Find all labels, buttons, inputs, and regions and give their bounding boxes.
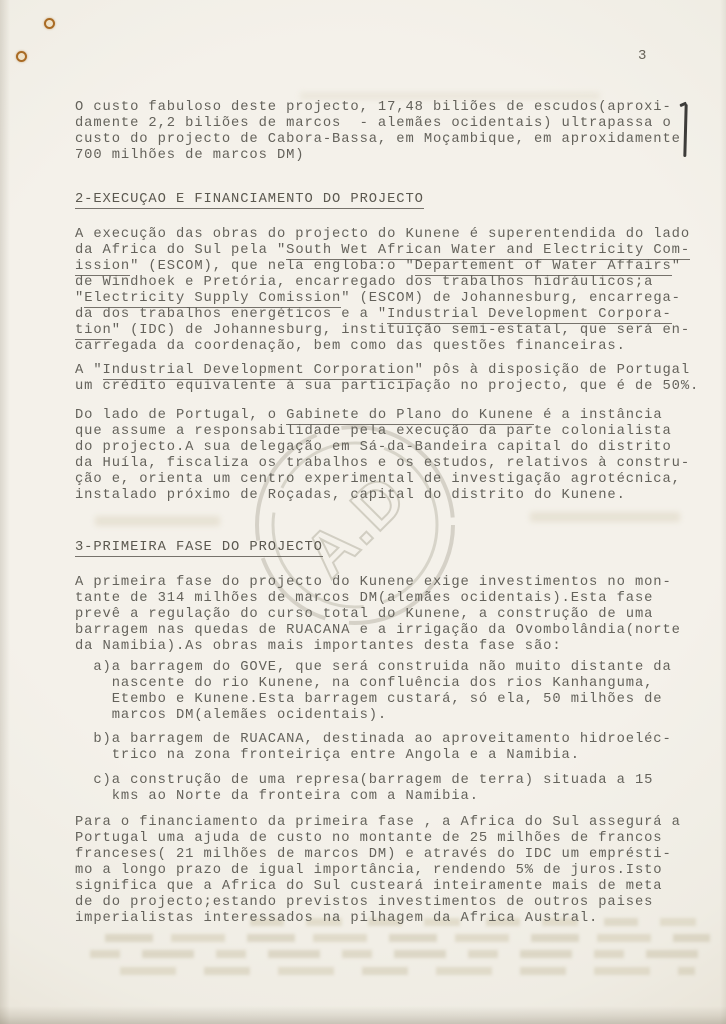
text-segment: que assume a responsabilidade pela execu… <box>75 424 672 439</box>
underlined-text-segment: ission <box>75 259 130 276</box>
paper-smudge <box>300 92 600 100</box>
page-number: 3 <box>638 48 647 64</box>
text-line: do projecto.A sua delegação em Sá-da-Ban… <box>75 440 715 456</box>
text-line: Portugal uma ajuda de custo no montante … <box>75 831 715 847</box>
text-line: A "Industrial Development Corporation" p… <box>75 363 715 379</box>
page-bottom-shadow <box>0 1006 726 1024</box>
text-segment: damente 2,2 biliões de marcos - alemães … <box>75 116 672 131</box>
text-segment: da Huíla, fiscaliza os trabalhos e os es… <box>75 456 690 471</box>
text-segment: da dos trabalhos energéticos e a " <box>75 307 387 322</box>
text-segment: A execução das obras do projecto do Kune… <box>75 227 690 242</box>
heading-line: 2-EXECUÇAO E FINANCIAMENTO DO PROJECTO <box>75 192 715 208</box>
text-line: tante de 314 milhões de marcos DM(alemãe… <box>75 591 715 607</box>
text-line: ission" (ESCOM), que nela engloba:o "Dep… <box>75 259 715 275</box>
text-line: franceses( 21 milhões de marcos DM) e at… <box>75 847 715 863</box>
list-item-b: b)a barragem de RUACANA, destinada ao ap… <box>75 732 715 764</box>
text-line: significa que a Africa do Sul custeará i… <box>75 879 715 895</box>
text-line: c)a construção de uma represa(barragem d… <box>75 773 715 789</box>
underlined-text-segment: 3-PRIMEIRA FASE DO PROJECTO <box>75 540 323 557</box>
text-line: da dos trabalhos energéticos e a "Indust… <box>75 307 715 323</box>
text-segment: de do projecto;estando previstos investi… <box>75 895 653 910</box>
text-line: A execução das obras do projecto do Kune… <box>75 227 715 243</box>
text-segment: b)a barragem de RUACANA, destinada ao ap… <box>75 732 672 747</box>
underlined-text-segment: Gabinete do Plano do Kunene <box>286 408 534 425</box>
text-line: 700 milhões de marcos DM) <box>75 148 715 164</box>
text-segment: nascente do rio Kunene, na confluência d… <box>75 676 653 691</box>
page-right-shadow <box>720 0 726 1024</box>
paragraph-financing: Para o financiamento da primeira fase , … <box>75 815 715 927</box>
underlined-text-segment: South Wet African Water and Electricity … <box>286 243 690 260</box>
text-segment: do projecto.A sua delegação em Sá-da-Ban… <box>75 440 672 455</box>
heading-line: 3-PRIMEIRA FASE DO PROJECTO <box>75 540 715 556</box>
text-segment: c)a construção de uma represa(barragem d… <box>75 773 653 788</box>
text-segment: " (ESCOM) de Johannesburg, encarrega- <box>341 291 681 306</box>
bleed-through-smudge <box>90 950 708 958</box>
text-line: imperialistas interessados na pilhagem d… <box>75 911 715 927</box>
text-segment: " <box>672 259 681 274</box>
text-line: custo do projecto de Cabora-Bassa, em Mo… <box>75 132 715 148</box>
text-segment: barragem nas quedas de RUACANA e a irrig… <box>75 623 681 638</box>
text-line: nascente do rio Kunene, na confluência d… <box>75 676 715 692</box>
text-line: da Africa do Sul pela "South Wet African… <box>75 243 715 259</box>
text-line: mo a longo prazo de igual importância, r… <box>75 863 715 879</box>
text-segment: Do lado de Portugal, o <box>75 408 286 423</box>
heading-section-2: 2-EXECUÇAO E FINANCIAMENTO DO PROJECTO <box>75 192 715 208</box>
text-line: ção e, orienta um centro experimental de… <box>75 472 715 488</box>
text-segment: carregada da coordenação, bem como das q… <box>75 339 626 354</box>
text-segment: trico na zona fronteiriça entre Angola e… <box>75 748 580 763</box>
underlined-text-segment: Industrial Development Corporation <box>103 363 415 380</box>
text-segment: ção e, orienta um centro experimental de… <box>75 472 681 487</box>
paragraph-first-phase: A primeira fase do projecto do Kunene ex… <box>75 575 715 655</box>
page-left-shadow <box>0 0 10 1024</box>
text-line: tion" (IDC) de Johannesburg, instituição… <box>75 323 715 339</box>
text-line: de Windhoek e Pretória, encarregado dos … <box>75 275 715 291</box>
text-segment: " <box>75 291 84 306</box>
heading-section-3: 3-PRIMEIRA FASE DO PROJECTO <box>75 540 715 556</box>
text-segment: Portugal uma ajuda de custo no montante … <box>75 831 663 846</box>
text-segment: da Namibia).As obras mais importantes de… <box>75 639 562 654</box>
text-line: prevê a regulação do curso total do Kune… <box>75 607 715 623</box>
text-line: "Electricity Supply Comission" (ESCOM) d… <box>75 291 715 307</box>
text-line: instalado próximo de Roçadas, capital do… <box>75 488 715 504</box>
text-segment: imperialistas interessados na pilhagem d… <box>75 911 598 926</box>
text-segment: um crédito equivalente à sua participaçã… <box>75 379 699 394</box>
text-line: A primeira fase do projecto do Kunene ex… <box>75 575 715 591</box>
paragraph-execution: A execução das obras do projecto do Kune… <box>75 227 715 355</box>
text-line: Do lado de Portugal, o Gabinete do Plano… <box>75 408 715 424</box>
underlined-text-segment: Electricity Supply Comission <box>84 291 341 308</box>
text-line: a)a barragem do GOVE, que será construid… <box>75 660 715 676</box>
text-segment: da Africa do Sul pela " <box>75 243 286 258</box>
text-segment: mo a longo prazo de igual importância, r… <box>75 863 663 878</box>
list-item-a: a)a barragem do GOVE, que será construid… <box>75 660 715 724</box>
text-segment: Para o financiamento da primeira fase , … <box>75 815 681 830</box>
text-line: da Namibia).As obras mais importantes de… <box>75 639 715 655</box>
text-line: carregada da coordenação, bem como das q… <box>75 339 715 355</box>
bleed-through-smudge <box>105 934 710 942</box>
text-segment: kms ao Norte da fronteira com a Namibia. <box>75 789 479 804</box>
text-segment: A primeira fase do projecto do Kunene ex… <box>75 575 672 590</box>
underlined-text-segment: tion <box>75 323 112 340</box>
text-line: kms ao Norte da fronteira com a Namibia. <box>75 789 715 805</box>
text-segment: custo do projecto de Cabora-Bassa, em Mo… <box>75 132 681 147</box>
text-segment: " (IDC) de Johannesburg, instituição sem… <box>112 323 690 338</box>
rust-stain <box>16 51 27 62</box>
text-segment: " pôs à disposição de Portugal <box>415 363 690 378</box>
paragraph-idc-credit: A "Industrial Development Corporation" p… <box>75 363 715 395</box>
text-line: barragem nas quedas de RUACANA e a irrig… <box>75 623 715 639</box>
text-segment: marcos DM(alemães ocidentais). <box>75 708 387 723</box>
text-segment: A " <box>75 363 103 378</box>
bleed-through-smudge <box>120 967 695 975</box>
underlined-text-segment: 2-EXECUÇAO E FINANCIAMENTO DO PROJECTO <box>75 192 424 209</box>
text-segment: prevê a regulação do curso total do Kune… <box>75 607 653 622</box>
text-line: um crédito equivalente à sua participaçã… <box>75 379 715 395</box>
text-segment: de Windhoek e Pretória, encarregado dos … <box>75 275 653 290</box>
text-segment: significa que a Africa do Sul custeará i… <box>75 879 663 894</box>
text-line: marcos DM(alemães ocidentais). <box>75 708 715 724</box>
text-line: da Huíla, fiscaliza os trabalhos e os es… <box>75 456 715 472</box>
underlined-text-segment: Departement of Water Affairs <box>415 259 672 276</box>
text-line: b)a barragem de RUACANA, destinada ao ap… <box>75 732 715 748</box>
text-segment: a)a barragem do GOVE, que será construid… <box>75 660 672 675</box>
text-line: de do projecto;estando previstos investi… <box>75 895 715 911</box>
paragraph-portugal-side: Do lado de Portugal, o Gabinete do Plano… <box>75 408 715 504</box>
text-segment: Etembo e Kunene.Esta barragem custará, s… <box>75 692 663 707</box>
text-segment: franceses( 21 milhões de marcos DM) e at… <box>75 847 672 862</box>
document-body: O custo fabuloso deste projecto, 17,48 b… <box>75 100 715 927</box>
text-segment: " (ESCOM), que nela engloba:o " <box>130 259 415 274</box>
rust-stain <box>44 18 55 29</box>
text-segment: é a instância <box>534 408 663 423</box>
text-segment: tante de 314 milhões de marcos DM(alemãe… <box>75 591 653 606</box>
text-segment: 700 milhões de marcos DM) <box>75 148 305 163</box>
text-line: Etembo e Kunene.Esta barragem custará, s… <box>75 692 715 708</box>
text-line: O custo fabuloso deste projecto, 17,48 b… <box>75 100 715 116</box>
text-line: Para o financiamento da primeira fase , … <box>75 815 715 831</box>
list-item-c: c)a construção de uma represa(barragem d… <box>75 773 715 805</box>
text-line: que assume a responsabilidade pela execu… <box>75 424 715 440</box>
text-segment: instalado próximo de Roçadas, capital do… <box>75 488 626 503</box>
paragraph-cost: O custo fabuloso deste projecto, 17,48 b… <box>75 100 715 164</box>
underlined-text-segment: Industrial Development Corpora- <box>387 307 672 324</box>
text-line: trico na zona fronteiriça entre Angola e… <box>75 748 715 764</box>
scanned-document-page: 3 A.D O custo fabuloso deste projecto, 1… <box>0 0 726 1024</box>
text-line: damente 2,2 biliões de marcos - alemães … <box>75 116 715 132</box>
text-segment: O custo fabuloso deste projecto, 17,48 b… <box>75 100 672 115</box>
